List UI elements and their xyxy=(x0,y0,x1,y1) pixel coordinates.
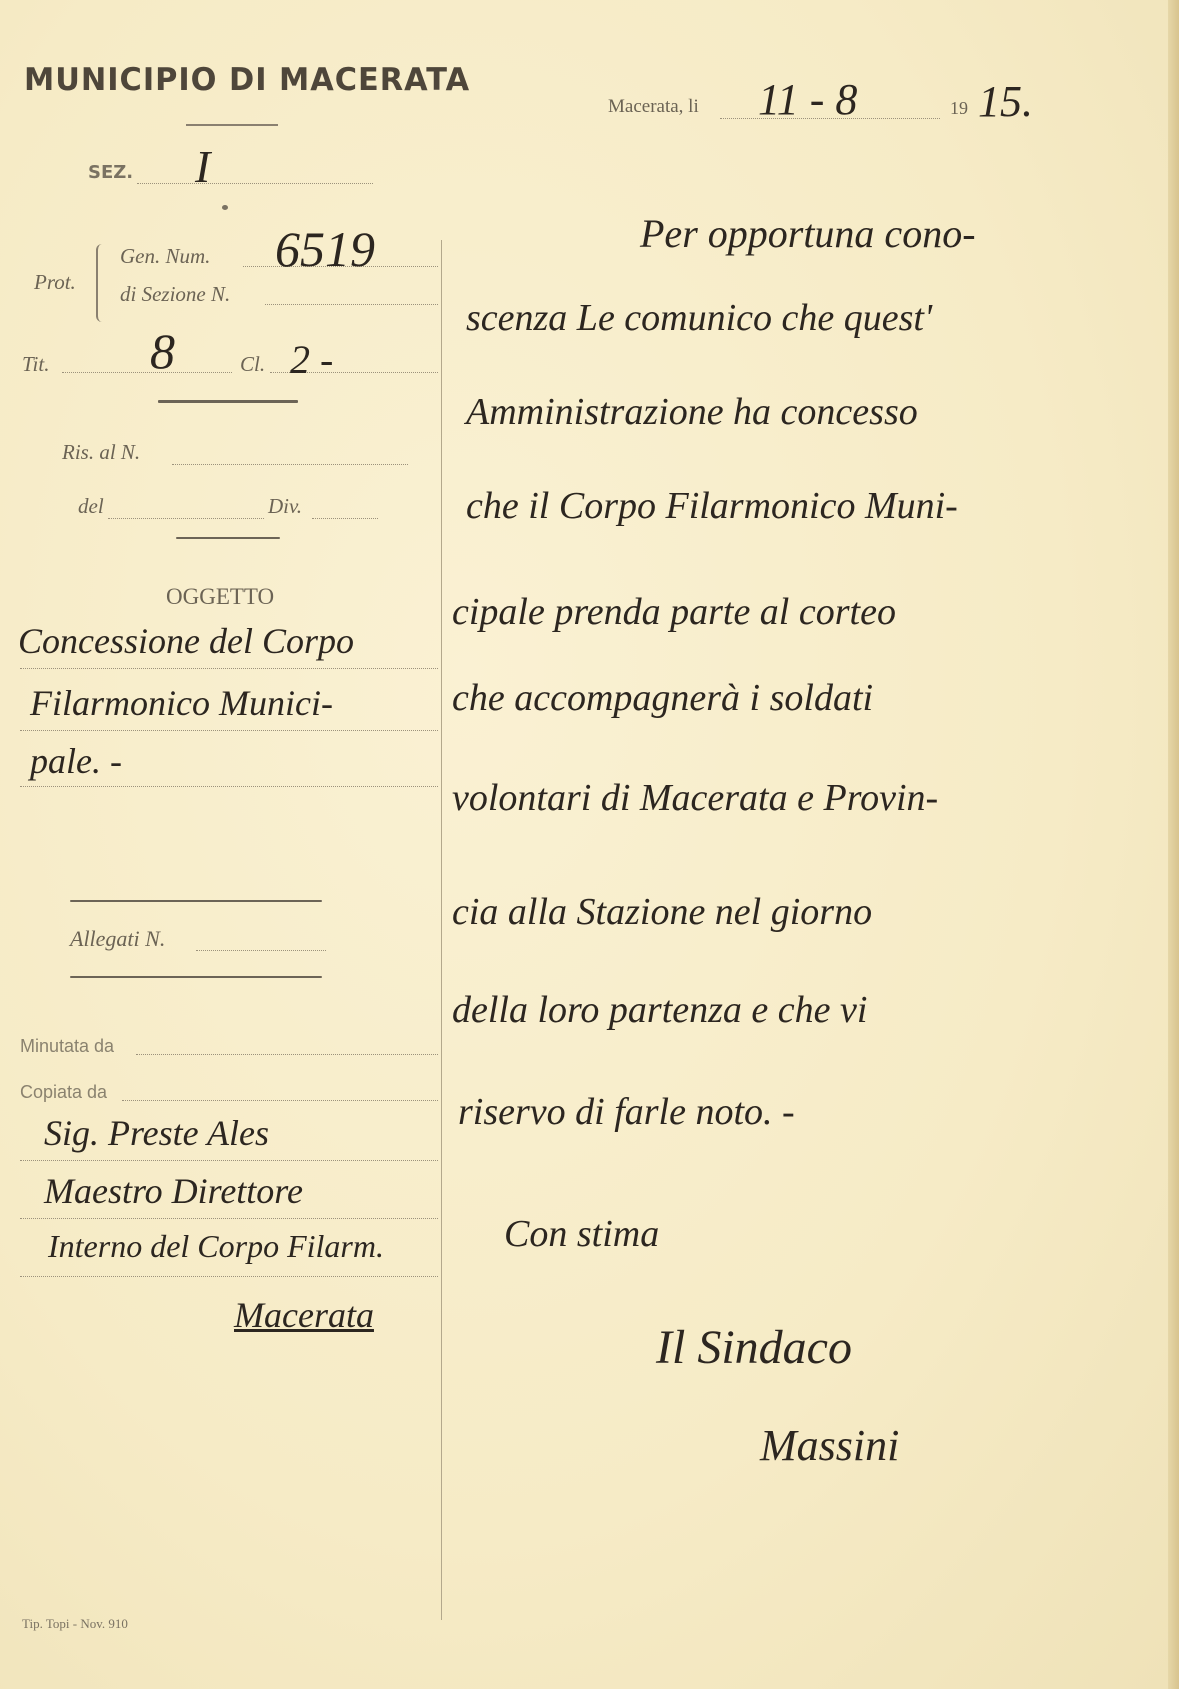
sez-label: SEZ. xyxy=(88,162,133,183)
date-value: 11 - 8 xyxy=(758,74,857,125)
place-date-label: Macerata, li xyxy=(608,96,699,118)
allegati-field[interactable] xyxy=(196,950,326,951)
sez-field[interactable] xyxy=(137,183,373,184)
di-sezione-field[interactable] xyxy=(265,304,438,305)
tit-label: Tit. xyxy=(22,352,49,377)
recipient-line-3 xyxy=(20,1276,438,1277)
section-rule xyxy=(176,537,280,539)
ornament-divider xyxy=(186,124,278,126)
recipient-name: Sig. Preste Ales xyxy=(44,1112,269,1154)
oggetto-line-3[interactable] xyxy=(20,786,438,787)
di-sezione-label: di Sezione N. xyxy=(120,282,230,307)
tit-value: 8 xyxy=(150,322,175,380)
body-line-10: riservo di farle noto. - xyxy=(458,1090,795,1134)
copiata-label: Copiata da xyxy=(20,1082,107,1103)
minutata-label: Minutata da xyxy=(20,1036,114,1057)
div-field[interactable] xyxy=(312,518,378,519)
municipality-heading: MUNICIPIO DI MACERATA xyxy=(24,62,470,98)
sez-value: I xyxy=(195,140,210,193)
oggetto-line-2[interactable] xyxy=(20,730,438,731)
column-divider xyxy=(441,240,442,1620)
year-prefix: 19 xyxy=(950,98,968,119)
ornament-dot xyxy=(222,205,228,210)
del-label: del xyxy=(78,494,104,519)
section-rule xyxy=(70,900,322,902)
minutata-field[interactable] xyxy=(136,1054,438,1055)
del-field[interactable] xyxy=(108,518,264,519)
paper-edge xyxy=(1168,0,1179,1689)
ris-field[interactable] xyxy=(172,464,408,465)
body-line-4: che il Corpo Filarmonico Muni- xyxy=(466,484,958,528)
signature-name: Massini xyxy=(760,1420,899,1471)
tit-field[interactable] xyxy=(62,372,232,373)
gen-num-label: Gen. Num. xyxy=(120,244,210,269)
prot-label: Prot. xyxy=(34,270,76,295)
signature-title: Il Sindaco xyxy=(656,1320,852,1375)
year-value: 15. xyxy=(978,76,1033,127)
oggetto-line-1[interactable] xyxy=(20,668,438,669)
oggetto-text-1: Concessione del Corpo xyxy=(18,620,354,662)
body-line-7: volontari di Macerata e Provin- xyxy=(452,776,938,820)
printer-imprint: Tip. Topi - Nov. 910 xyxy=(22,1616,128,1632)
allegati-label: Allegati N. xyxy=(70,926,165,952)
recipient-title: Maestro Direttore xyxy=(44,1170,303,1212)
body-line-9: della loro partenza e che vi xyxy=(452,988,867,1032)
ris-label: Ris. al N. xyxy=(62,440,140,465)
recipient-org: Interno del Corpo Filarm. xyxy=(48,1228,384,1265)
copiata-field[interactable] xyxy=(122,1100,438,1101)
gen-num-value: 6519 xyxy=(275,220,375,278)
div-label: Div. xyxy=(268,494,302,519)
closing-text: Con stima xyxy=(504,1212,659,1256)
section-rule xyxy=(70,976,322,978)
cl-label: Cl. xyxy=(240,352,265,377)
body-line-3: Amministrazione ha concesso xyxy=(466,390,918,434)
body-line-1: Per opportuna cono- xyxy=(640,210,976,257)
recipient-line-1 xyxy=(20,1160,438,1161)
oggetto-label: OGGETTO xyxy=(166,584,274,610)
section-rule xyxy=(158,400,298,403)
oggetto-text-2: Filarmonico Munici- xyxy=(30,682,333,724)
body-line-2: scenza Le comunico che quest' xyxy=(466,296,932,340)
recipient-city: Macerata xyxy=(234,1294,374,1336)
prot-brace xyxy=(96,244,104,322)
body-line-6: che accompagnerà i soldati xyxy=(452,676,873,720)
recipient-line-2 xyxy=(20,1218,438,1219)
body-line-5: cipale prenda parte al corteo xyxy=(452,590,896,634)
oggetto-text-3: pale. - xyxy=(30,740,122,782)
body-line-8: cia alla Stazione nel giorno xyxy=(452,890,872,934)
cl-value: 2 - xyxy=(290,336,333,383)
